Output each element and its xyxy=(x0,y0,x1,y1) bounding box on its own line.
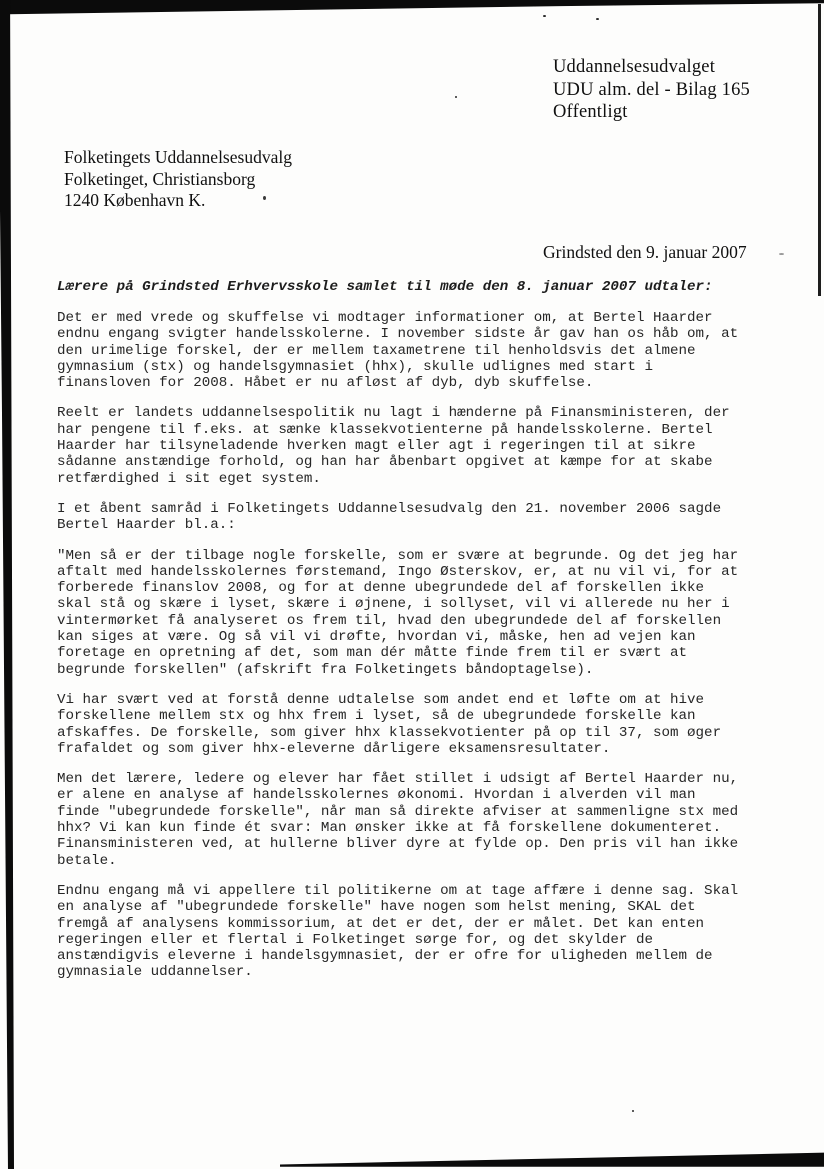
paragraph-intro: Det er med vrede og skuffelse vi modtage… xyxy=(57,310,767,391)
paragraph-loefte: Vi har svært ved at forstå denne udtalel… xyxy=(57,692,767,757)
scan-artifact-right-line xyxy=(818,4,821,296)
committee-stamp: Uddannelsesudvalget UDU alm. del - Bilag… xyxy=(553,56,750,124)
recipient-line-city: 1240 København K. xyxy=(64,190,292,212)
paragraph-samraad-intro: I et åbent samråd i Folketingets Uddanne… xyxy=(57,501,767,534)
scan-speck xyxy=(455,96,457,98)
letter-heading: Lærere på Grindsted Erhvervsskole samlet… xyxy=(57,279,713,295)
recipient-line-institution: Folketinget, Christiansborg xyxy=(64,169,292,191)
recipient-line-committee: Folketingets Uddannelsesudvalg xyxy=(64,147,292,169)
stamp-public-label: Offentligt xyxy=(553,101,750,124)
scan-artifact-top-edge xyxy=(0,0,824,16)
stamp-case-reference: UDU alm. del - Bilag 165 xyxy=(553,79,750,102)
paragraph-analyse: Men det lærere, ledere og elever har fåe… xyxy=(57,771,767,869)
scan-speck xyxy=(779,253,784,255)
scan-speck xyxy=(632,1110,634,1112)
scan-artifact-bottom-edge xyxy=(280,1150,824,1169)
stamp-committee-name: Uddannelsesudvalget xyxy=(553,56,750,79)
scan-artifact-left-edge xyxy=(0,0,14,1169)
paragraph-haarder-quote: "Men så er der tilbage nogle forskelle, … xyxy=(57,548,767,678)
scan-speck xyxy=(596,18,599,20)
scanned-letter-page: Uddannelsesudvalget UDU alm. del - Bilag… xyxy=(0,0,824,1169)
recipient-address: Folketingets Uddannelsesudvalg Folketing… xyxy=(64,147,292,212)
dateline: Grindsted den 9. januar 2007 xyxy=(543,242,747,263)
letter-body: Det er med vrede og skuffelse vi modtage… xyxy=(57,310,767,995)
paragraph-appel: Endnu engang må vi appellere til politik… xyxy=(57,883,767,981)
paragraph-finansministeren: Reelt er landets uddannelsespolitik nu l… xyxy=(57,405,767,486)
scan-speck xyxy=(543,15,546,17)
